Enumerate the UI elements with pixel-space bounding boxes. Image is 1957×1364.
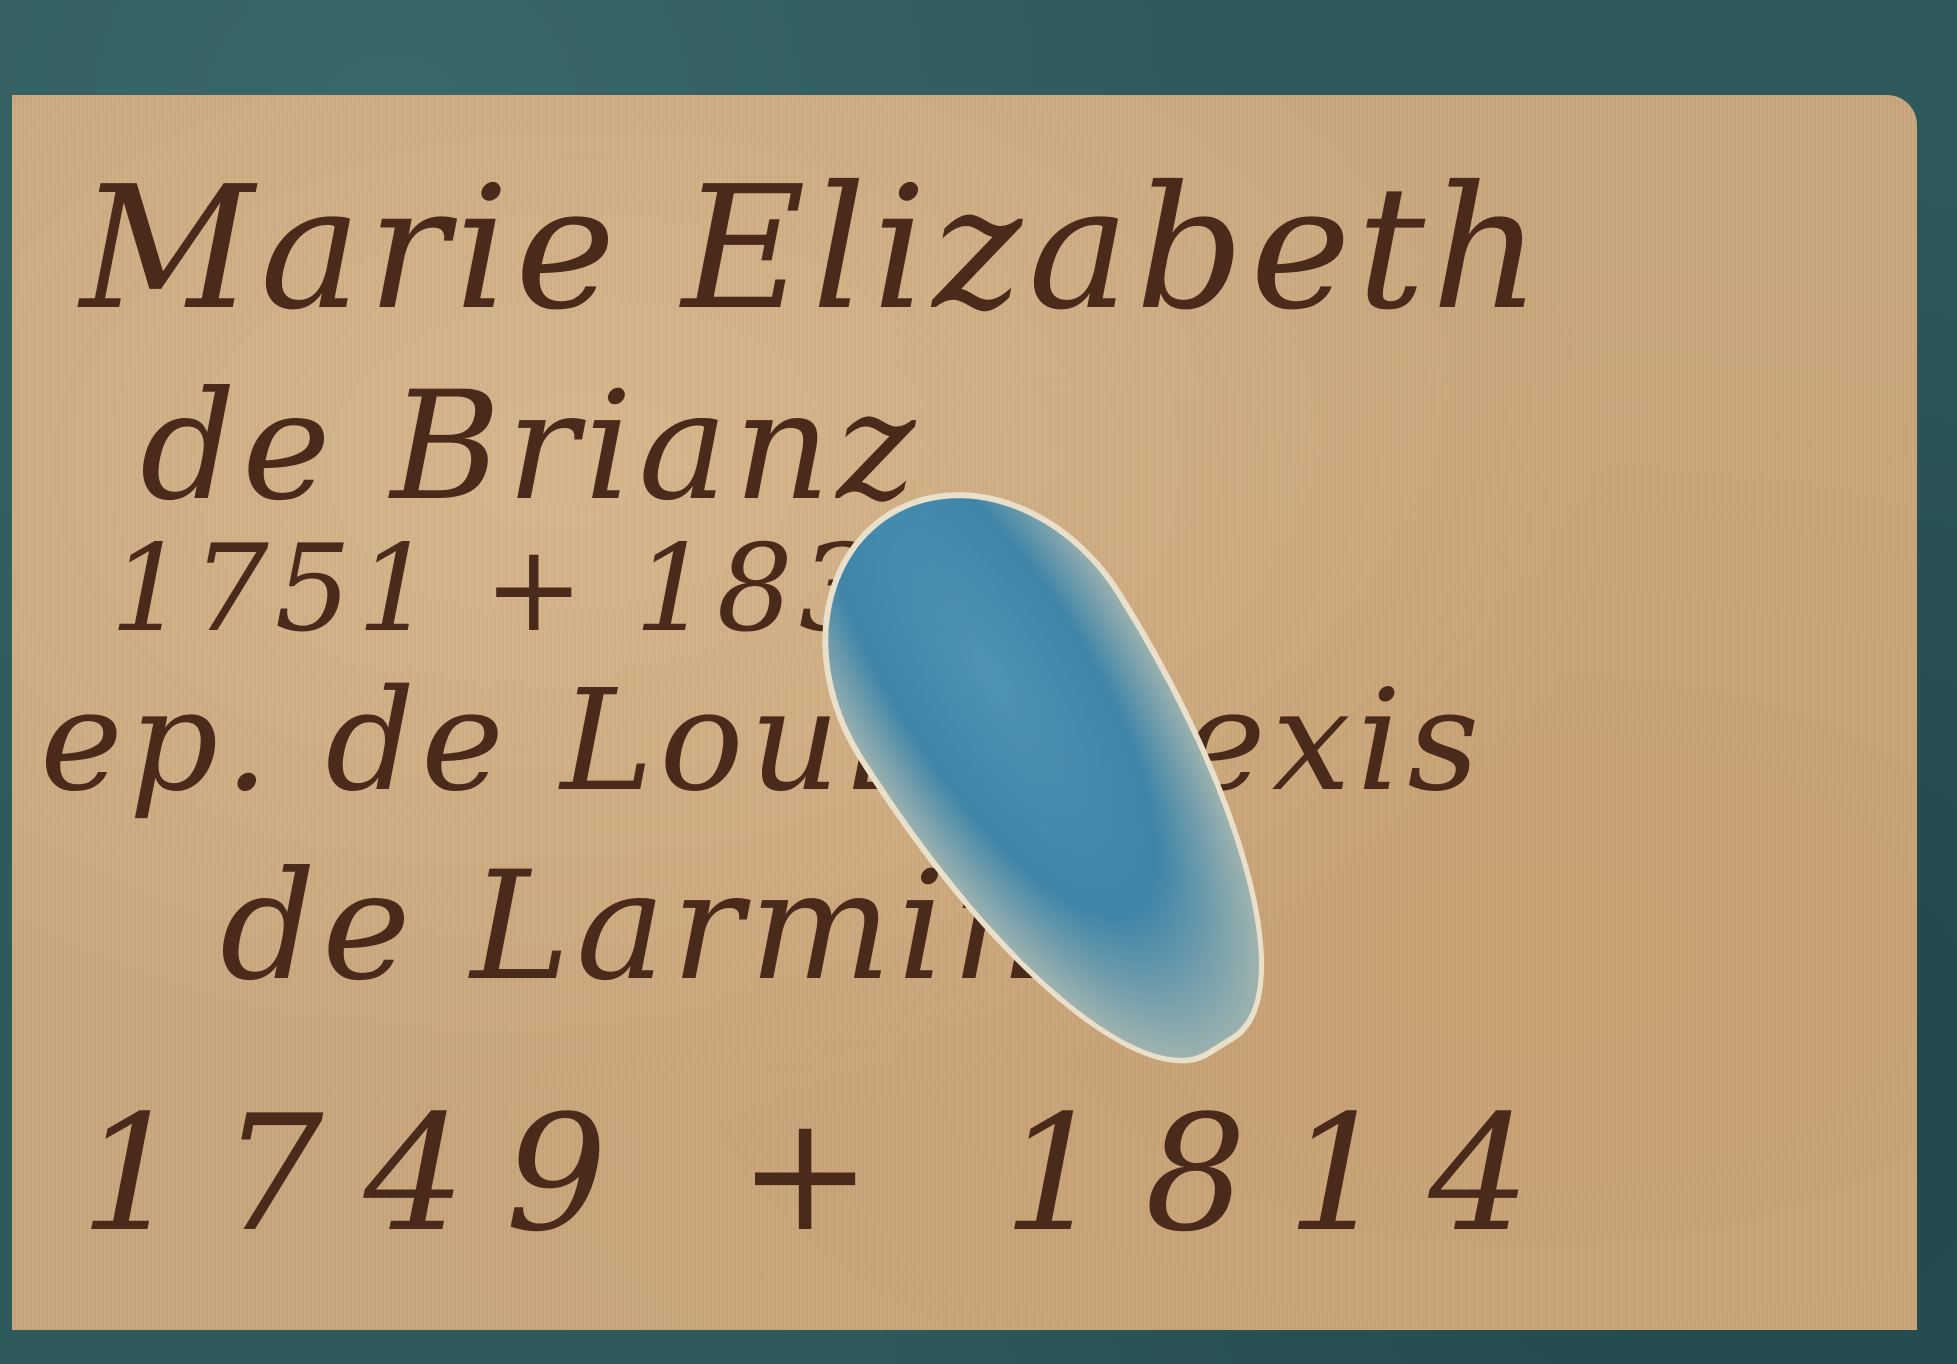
line-spouse: ep. de Louis Alexis — [40, 660, 1485, 823]
line-dates-2: 1749 + 1814 — [80, 1080, 1570, 1267]
line-name: Marie Elizabeth — [80, 150, 1547, 348]
line-surname: de Brianz — [140, 360, 921, 534]
